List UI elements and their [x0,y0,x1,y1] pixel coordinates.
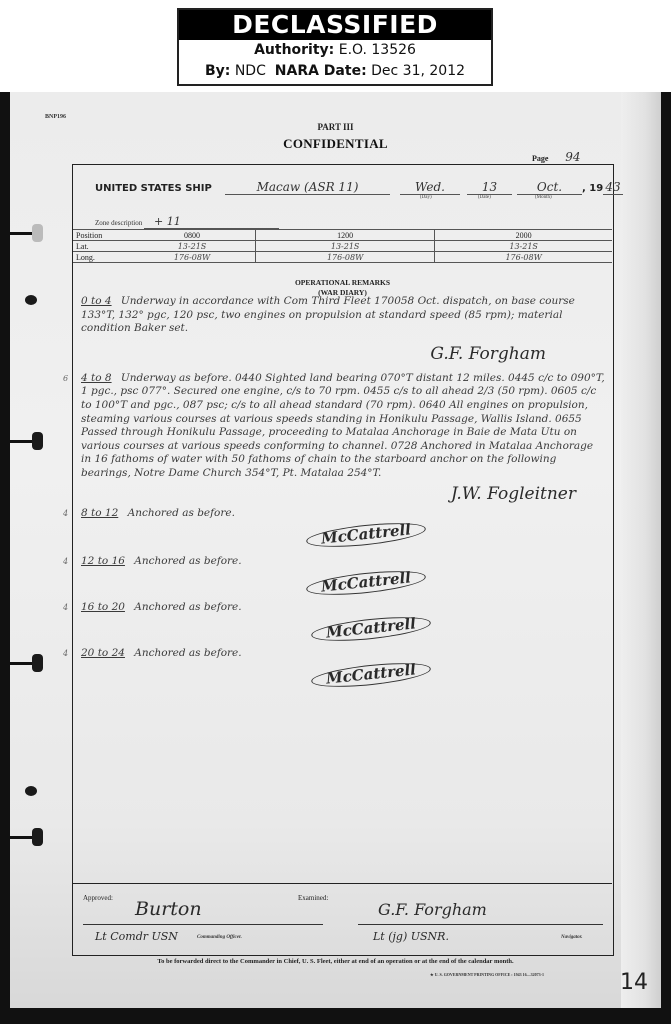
log-entry: 0 to 4 Underway in accordance with Com T… [81,295,606,372]
forwarding-instruction: To be forwarded direct to the Commander … [10,958,661,965]
day-field: Wed. [400,180,460,195]
ship-label: UNITED STATES SHIP [95,183,212,194]
binder-ring-icon [10,662,37,665]
watch-label: 4 to 8 [81,372,112,384]
zone-description: Zone description + 11 [95,215,279,229]
officer-signature: McCattrell [305,566,426,598]
sheet-number: 14 [620,970,648,995]
entry-text: Anchored as before. [134,555,241,567]
log-entry: 4 12 to 16 Anchored as before. McCattrel… [81,555,606,601]
war-diary-page: BNP196 PART III CONFIDENTIAL Page 94 UNI… [10,92,661,1008]
part-heading: PART III [10,122,661,132]
table-row: Long. 176-08W 176-08W 176-08W [73,252,612,263]
entry-text: Underway in accordance with Com Third Fl… [81,295,575,334]
officer-signature: McCattrell [310,612,431,644]
remarks-entries: 0 to 4 Underway in accordance with Com T… [81,295,606,697]
punch-hole-icon [25,295,37,305]
examined-label: Examined: [298,894,328,902]
log-entry: 4 16 to 20 Anchored as before. McCattrel… [81,601,606,647]
watch-label: 8 to 12 [81,507,118,519]
log-entry: 4 20 to 24 Anchored as before. McCattrel… [81,647,606,697]
entry-text: Anchored as before. [134,601,241,613]
position-table: Position 0800 1200 2000 Lat. 13-21S 13-2… [73,229,612,263]
officer-signature: J.W. Fogleitner [451,484,576,504]
officer-signature: McCattrell [310,658,431,690]
stamp-authority: Authority: E.O. 13526 [179,40,491,61]
watch-label: 0 to 4 [81,295,112,307]
declassified-stamp: DECLASSIFIED Authority: E.O. 13526 By: N… [177,8,493,86]
watch-label: 20 to 24 [81,647,125,659]
entry-text: Underway as before. 0440 Sighted land be… [81,372,605,479]
printing-office-note: ★ U. S. GOVERNMENT PRINTING OFFICE : 194… [430,972,544,977]
ship-name: Macaw (ASR 11) [225,180,390,195]
entry-text: Anchored as before. [134,647,241,659]
stamp-by-date: By: NDC NARA Date: Dec 31, 2012 [179,61,491,82]
date-field: 13 [467,180,512,195]
watch-label: 16 to 20 [81,601,125,613]
commanding-officer-rank: Lt Comdr USN [95,930,178,943]
form-code: BNP196 [45,114,66,120]
log-entry: 4 8 to 12 Anchored as before. McCattrell [81,507,606,555]
scanned-document: BNP196 PART III CONFIDENTIAL Page 94 UNI… [0,92,671,1024]
binder-ring-icon [10,836,37,839]
log-entry: 6 4 to 8 Underway as before. 0440 Sighte… [81,372,606,507]
entry-text: Anchored as before. [128,507,235,519]
navigator-signature: G.F. Forgham [378,900,487,919]
punch-hole-icon [25,786,37,796]
approved-label: Approved: [83,894,113,902]
navigator-rank: Lt (jg) USNR. [373,930,449,943]
officer-signature: McCattrell [305,518,426,550]
table-row: Lat. 13-21S 13-21S 13-21S [73,241,612,252]
table-row: Position 0800 1200 2000 [73,230,612,241]
ship-header: UNITED STATES SHIP Macaw (ASR 11) Wed. (… [95,183,610,194]
watch-label: 12 to 16 [81,555,125,567]
approval-section: Approved: Burton Lt Comdr USN Commanding… [73,883,612,956]
binder-ring-icon [10,232,37,235]
year-field: 43 [603,180,623,195]
log-form: UNITED STATES SHIP Macaw (ASR 11) Wed. (… [72,164,614,956]
officer-signature: G.F. Forgham [430,344,546,364]
month-field: Oct. [517,180,582,195]
commanding-officer-signature: Burton [135,898,202,920]
stamp-title: DECLASSIFIED [179,10,491,40]
binder-ring-icon [10,440,37,443]
page-number: Page 94 [532,150,595,165]
